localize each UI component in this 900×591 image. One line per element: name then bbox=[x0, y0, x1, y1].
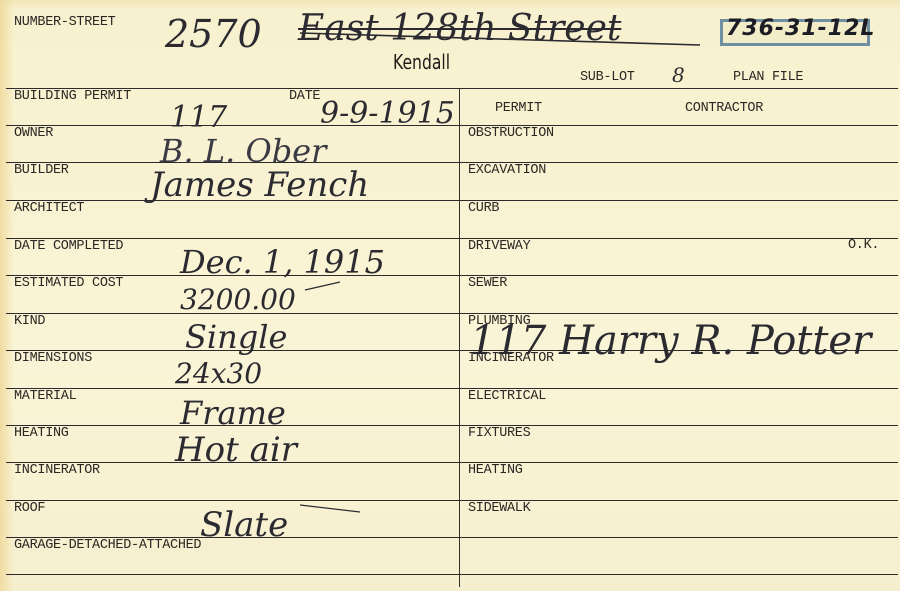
sub-lot-label: SUB-LOT bbox=[580, 70, 635, 85]
estimated-cost-value: 3200.00 bbox=[180, 283, 296, 316]
ruled-line bbox=[6, 462, 898, 463]
ruled-line bbox=[6, 500, 898, 501]
permit-label-obstruction: OBSTRUCTION bbox=[468, 126, 554, 141]
material-value: Frame bbox=[180, 394, 286, 432]
field-label-kind: KIND bbox=[14, 314, 45, 329]
heating-value: Hot air bbox=[175, 430, 297, 470]
field-label-architect: ARCHITECT bbox=[14, 201, 84, 216]
field-label-building-permit: BUILDING PERMIT bbox=[14, 89, 131, 104]
ruled-line bbox=[6, 88, 898, 89]
ruled-line bbox=[6, 238, 898, 239]
date-value: 9-9-1915 bbox=[320, 96, 455, 131]
date-label: DATE bbox=[289, 89, 320, 104]
field-label-owner: OWNER bbox=[14, 126, 53, 141]
permit-label-sidewalk: SIDEWALK bbox=[468, 501, 530, 516]
field-label-incinerator: INCINERATOR bbox=[14, 463, 100, 478]
building-permit-value: 117 bbox=[170, 100, 227, 135]
contractor-column-header: CONTRACTOR bbox=[685, 101, 763, 116]
date-completed-value: Dec. 1, 1915 bbox=[180, 243, 385, 281]
field-label-garage-detached-attached: GARAGE-DETACHED-ATTACHED bbox=[14, 538, 201, 553]
permit-label-curb: CURB bbox=[468, 201, 499, 216]
ruled-line bbox=[6, 574, 898, 575]
permit-label-driveway: DRIVEWAY bbox=[468, 239, 530, 254]
permit-label-sewer: SEWER bbox=[468, 276, 507, 291]
field-label-dimensions: DIMENSIONS bbox=[14, 351, 92, 366]
plumbing-contractor-value: 117 Harry R. Potter bbox=[470, 318, 871, 364]
permit-label-excavation: EXCAVATION bbox=[468, 163, 546, 178]
field-label-roof: ROOF bbox=[14, 501, 45, 516]
roof-value: Slate bbox=[200, 505, 288, 545]
column-divider bbox=[459, 88, 460, 587]
driveway-value: O.K. bbox=[848, 238, 879, 253]
dimensions-value: 24x30 bbox=[175, 357, 262, 390]
ruled-line bbox=[6, 200, 898, 201]
street-struck-text: East 128th Street bbox=[298, 8, 621, 49]
file-number: 736-31-12L bbox=[726, 16, 875, 41]
ruled-line bbox=[6, 313, 898, 314]
number-street-value: 2570 bbox=[165, 12, 262, 56]
ruled-line bbox=[6, 162, 898, 163]
building-permit-card: NUMBER-STREET 2570 East 128th Street Ken… bbox=[0, 0, 900, 591]
ruled-line bbox=[6, 388, 898, 389]
permit-label-fixtures: FIXTURES bbox=[468, 426, 530, 441]
field-label-material: MATERIAL bbox=[14, 389, 76, 404]
field-label-builder: BUILDER bbox=[14, 163, 69, 178]
permit-label-heating: HEATING bbox=[468, 463, 523, 478]
field-label-date-completed: DATE COMPLETED bbox=[14, 239, 123, 254]
ruled-line bbox=[6, 425, 898, 426]
field-label-estimated-cost: ESTIMATED COST bbox=[14, 276, 123, 291]
kind-value: Single bbox=[185, 318, 287, 356]
permit-label-electrical: ELECTRICAL bbox=[468, 389, 546, 404]
permit-column-header: PERMIT bbox=[495, 101, 542, 116]
number-street-label: NUMBER-STREET bbox=[14, 15, 115, 30]
sub-lot-value: 8 bbox=[672, 63, 685, 87]
street-correction: Kendall bbox=[393, 50, 450, 74]
field-label-heating: HEATING bbox=[14, 426, 69, 441]
builder-value: James Fench bbox=[150, 165, 369, 205]
ruled-line bbox=[6, 275, 898, 276]
plan-file-label: PLAN FILE bbox=[733, 70, 803, 85]
